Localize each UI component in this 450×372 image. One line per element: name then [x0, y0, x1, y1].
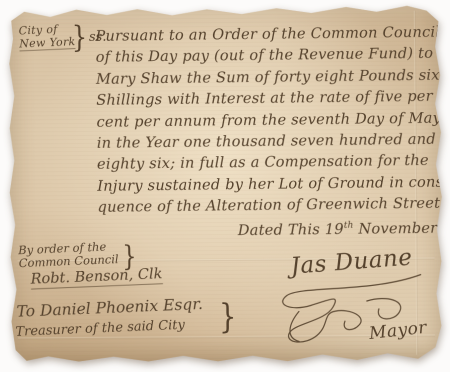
attestation-note: By order of the Common Council	[18, 240, 119, 270]
clerk-signature: Robt. Benson, Clk	[30, 266, 162, 290]
date-line: Dated This 19th November 1788	[238, 214, 440, 241]
date-line-suffix: November 1788	[354, 219, 450, 238]
margin-note-line-2: New York	[19, 35, 76, 51]
addressee-title: Treasurer of the said City	[15, 317, 204, 340]
addressee-block: To Daniel Phoenix Esqr. Treasurer of the…	[16, 295, 204, 340]
signature-flourish-paraph	[271, 271, 432, 354]
addressee-name: To Daniel Phoenix Esqr.	[16, 295, 203, 321]
photo-of-document: City of New York } ss. Pursuant to an Or…	[0, 0, 450, 372]
jurisdiction-margin-note: City of New York	[18, 22, 75, 51]
addressee-brace: }	[219, 297, 237, 337]
mayor-signature-block: Jas Duane Mayor	[270, 249, 436, 358]
manuscript-paper-wrap: City of New York } ss. Pursuant to an Or…	[7, 3, 444, 364]
date-ordinal-superscript: th	[344, 220, 354, 230]
date-line-prefix: Dated This 19	[238, 220, 344, 238]
order-body-text: Pursuant to an Order of the Common Counc…	[95, 22, 440, 243]
margin-note-brace: }	[72, 20, 88, 55]
manuscript-paper: City of New York } ss. Pursuant to an Or…	[7, 3, 444, 364]
